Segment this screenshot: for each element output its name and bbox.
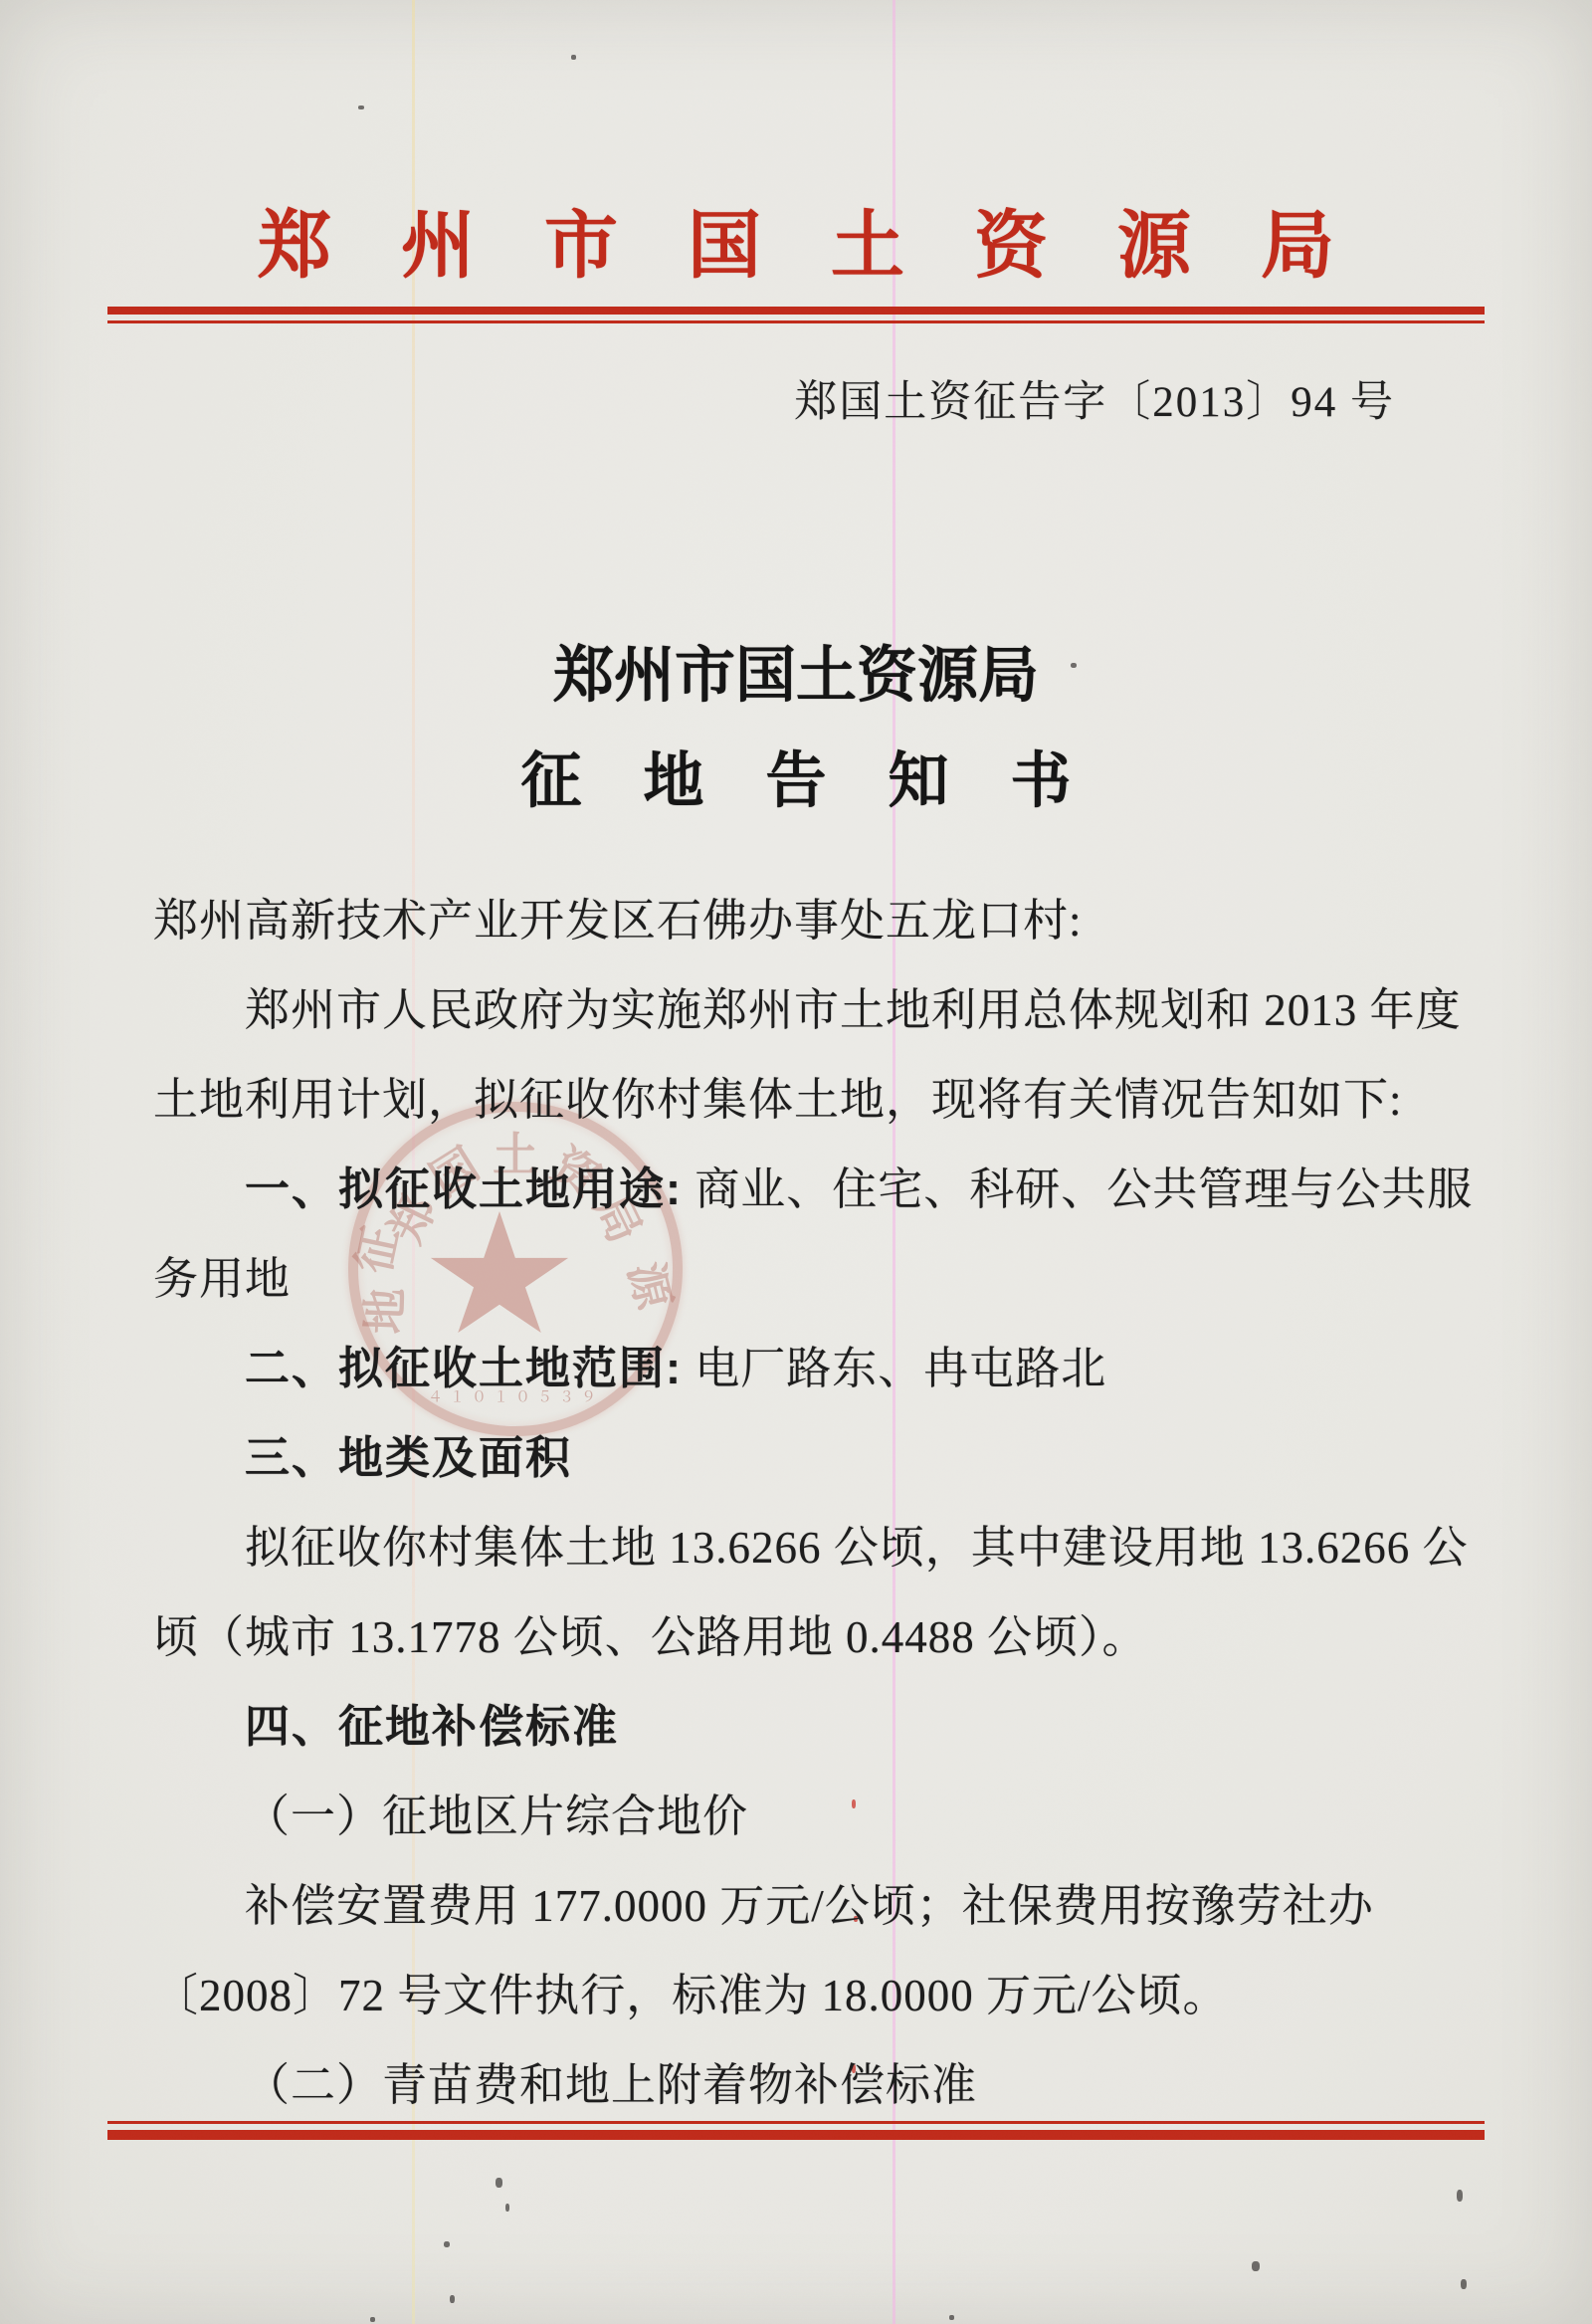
- body-text: 电厂路东、冉屯路北: [683, 1344, 1106, 1393]
- body-line: 四、征地补偿标准: [153, 1682, 1477, 1772]
- body-line: 郑州市人民政府为实施郑州市土地利用总体规划和 2013 年度: [153, 965, 1477, 1055]
- body-line: （一）征地区片综合地价: [153, 1772, 1477, 1861]
- body-line: 〔2008〕72 号文件执行，标准为 18.0000 万元/公顷。: [153, 1951, 1477, 2040]
- scan-speck: [1461, 2279, 1467, 2289]
- body-text: 郑州高新技术产业开发区石佛办事处五龙口村:: [153, 896, 1083, 946]
- body-line: 一、拟征收土地用途: 商业、住宅、科研、公共管理与公共服: [153, 1145, 1477, 1234]
- body-text: 补偿安置费用 177.0000 万元/公顷；社保费用按豫劳社办: [245, 1881, 1374, 1931]
- section-heading: 二、拟征收土地范围:: [245, 1343, 683, 1393]
- scan-speck: [505, 2204, 509, 2212]
- footer-rule-thick: [107, 2130, 1485, 2140]
- document-body: 郑州高新技术产业开发区石佛办事处五龙口村: 郑州市人民政府为实施郑州市土地利用总…: [153, 876, 1477, 2130]
- body-text: 拟征收你村集体土地 13.6266 公顷，其中建设用地 13.6266 公: [245, 1523, 1469, 1573]
- scan-speck: [444, 2241, 450, 2247]
- document-title-line1: 郑州市国土资源局: [0, 627, 1592, 714]
- body-line: 拟征收你村集体土地 13.6266 公顷，其中建设用地 13.6266 公: [153, 1503, 1477, 1592]
- section-heading: 一、拟征收土地用途:: [245, 1163, 683, 1214]
- agency-masthead-title: 郑州市国土资源局: [0, 187, 1592, 293]
- scanned-official-document: 郑州市国土资源局 郑国土资征告字〔2013〕94 号 郑州市国土资源局 征地告知…: [0, 0, 1592, 2324]
- document-number: 郑国土资征告字〔2013〕94 号: [794, 368, 1395, 429]
- body-text: 顷（城市 13.1778 公顷、公路用地 0.4488 公顷）。: [153, 1612, 1148, 1662]
- scan-speck: [370, 2317, 375, 2322]
- body-line: 顷（城市 13.1778 公顷、公路用地 0.4488 公顷）。: [153, 1592, 1477, 1682]
- body-text: （一）征地区片综合地价: [245, 1792, 748, 1841]
- body-text: 土地利用计划，拟征收你村集体土地，现将有关情况告知如下:: [153, 1075, 1403, 1125]
- masthead-rule-thick: [107, 307, 1485, 315]
- body-line: 务用地: [153, 1234, 1477, 1324]
- scan-speck: [1071, 663, 1077, 668]
- section-heading: 三、地类及面积: [245, 1432, 572, 1483]
- body-line: （二）青苗费和地上附着物补偿标准: [153, 2040, 1477, 2130]
- body-line: 三、地类及面积: [153, 1413, 1477, 1503]
- scan-speck: [450, 2295, 455, 2303]
- masthead-rule-thin: [107, 320, 1485, 323]
- body-line: 补偿安置费用 177.0000 万元/公顷；社保费用按豫劳社办: [153, 1861, 1477, 1951]
- body-text: 〔2008〕72 号文件执行，标准为 18.0000 万元/公顷。: [153, 1971, 1229, 2020]
- body-text: （二）青苗费和地上附着物补偿标准: [245, 2060, 977, 2110]
- scan-speck: [571, 55, 576, 60]
- scan-speck: [1457, 2190, 1463, 2202]
- body-text: 务用地: [153, 1254, 291, 1304]
- body-line: 郑州高新技术产业开发区石佛办事处五龙口村:: [153, 876, 1477, 965]
- body-line: 土地利用计划，拟征收你村集体土地，现将有关情况告知如下:: [153, 1055, 1477, 1145]
- document-title-line2: 征地告知书: [0, 733, 1592, 819]
- scan-speck: [496, 2178, 502, 2188]
- scan-speck: [1252, 2261, 1260, 2271]
- body-text: 郑州市人民政府为实施郑州市土地利用总体规划和 2013 年度: [245, 985, 1462, 1035]
- scan-speck: [949, 2315, 954, 2320]
- section-heading: 四、征地补偿标准: [245, 1701, 619, 1752]
- body-line: 二、拟征收土地范围: 电厂路东、冉屯路北: [153, 1324, 1477, 1413]
- scan-speck: [358, 106, 364, 109]
- body-text: 商业、住宅、科研、公共管理与公共服: [683, 1164, 1473, 1214]
